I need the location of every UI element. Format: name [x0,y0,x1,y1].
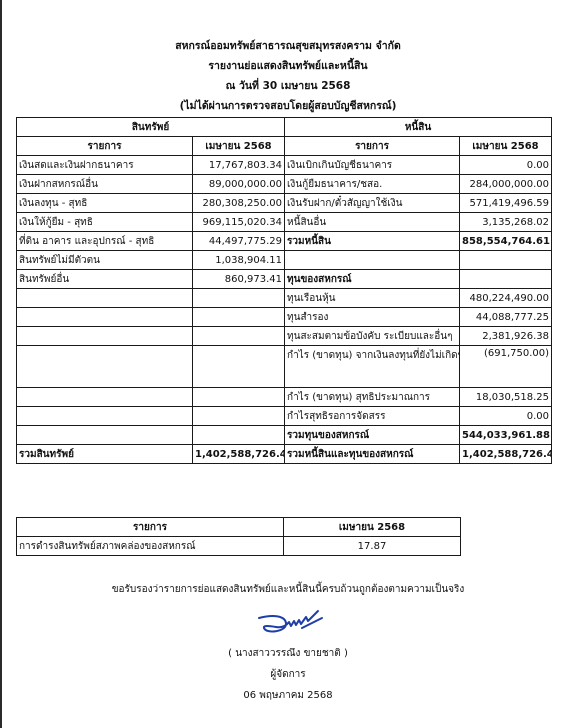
liability-label: ทุนเรือนหุ้น [285,289,460,308]
liability-label: ทุนสะสมตามข้อบังคับ ระเบียบและอื่นๆ [285,327,460,346]
totals-row: รวมสินทรัพย์ 1,402,588,726.49 รวมหนี้สิน… [17,445,552,464]
asset-label [17,426,193,445]
liability-value: (691,750.00) [460,346,552,388]
asset-value: 280,308,250.00 [193,194,285,213]
liquidity-ratio-table: รายการ เมษายน 2568 การดำรงสินทรัพย์สภาพค… [16,517,461,556]
liability-value [460,270,552,289]
assets-period-header: เมษายน 2568 [193,137,285,156]
signature-icon [256,608,326,638]
liability-value: 18,030,518.25 [460,388,552,407]
asset-value: 44,497,775.29 [193,232,285,251]
table-row: กำไรสุทธิรอการจัดสรร0.00 [17,407,552,426]
report-header: สหกรณ์ออมทรัพย์สาธารณสุขสมุทรสงคราม จำกั… [0,36,576,116]
table-row: เงินสดและเงินฝากธนาคาร17,767,803.34เงินเ… [17,156,552,175]
table-row: การดำรงสินทรัพย์สภาพคล่องของสหกรณ์ 17.87 [17,537,461,556]
asset-label: เงินให้กู้ยืม - สุทธิ [17,213,193,232]
signed-date: 06 พฤษภาคม 2568 [0,685,576,706]
ratio-label: การดำรงสินทรัพย์สภาพคล่องของสหกรณ์ [17,537,284,556]
asset-label: ที่ดิน อาคาร และอุปกรณ์ - สุทธิ [17,232,193,251]
table-row: กำไร (ขาดทุน) สุทธิประมาณการ18,030,518.2… [17,388,552,407]
table-row: ทุนสะสมตามข้อบังคับ ระเบียบและอื่นๆ2,381… [17,327,552,346]
asset-value [193,289,285,308]
liability-label [285,251,460,270]
assets-heading: สินทรัพย์ [17,118,285,137]
liability-label: กำไร (ขาดทุน) สุทธิประมาณการ [285,388,460,407]
total-liab-equity-label: รวมหนี้สินและทุนของสหกรณ์ [285,445,460,464]
liability-label: ทุนสำรอง [285,308,460,327]
asset-label [17,388,193,407]
asset-label [17,308,193,327]
asset-label: เงินลงทุน - สุทธิ [17,194,193,213]
liability-value [460,251,552,270]
liability-value: 284,000,000.00 [460,175,552,194]
liabilities-period-header: เมษายน 2568 [460,137,552,156]
asset-label: เงินฝากสหกรณ์อื่น [17,175,193,194]
asset-value [193,327,285,346]
table-row: ที่ดิน อาคาร และอุปกรณ์ - สุทธิ44,497,77… [17,232,552,251]
table-row: ทุนสำรอง44,088,777.25 [17,308,552,327]
organization-name: สหกรณ์ออมทรัพย์สาธารณสุขสมุทรสงคราม จำกั… [0,36,576,56]
liability-value: 480,224,490.00 [460,289,552,308]
total-assets-value: 1,402,588,726.49 [193,445,285,464]
asset-value: 17,767,803.34 [193,156,285,175]
asset-value: 860,973.41 [193,270,285,289]
asset-value [193,346,285,388]
certification-statement: ขอรับรองว่ารายการย่อแสดงสินทรัพย์และหนี้… [0,582,576,597]
liability-value: 2,381,926.38 [460,327,552,346]
asset-value [193,426,285,445]
asset-label [17,346,193,388]
liability-label: เงินรับฝาก/ตั๋วสัญญาใช้เงิน [285,194,460,213]
asset-value [193,388,285,407]
asset-value: 89,000,000.00 [193,175,285,194]
liability-label: รวมหนี้สิน [285,232,460,251]
liability-label: เงินเบิกเกินบัญชีธนาคาร [285,156,460,175]
table-row: สินทรัพย์อื่น860,973.41ทุนของสหกรณ์ [17,270,552,289]
ratio-period-header: เมษายน 2568 [284,518,461,537]
liability-label: กำไรสุทธิรอการจัดสรร [285,407,460,426]
liability-label: กำไร (ขาดทุน) จากเงินลงทุนที่ยังไม่เกิดข… [285,346,460,388]
audit-note: (ไม่ได้ผ่านการตรวจสอบโดยผู้สอบบัญชีสหกรณ… [0,96,576,116]
balance-sheet-table: สินทรัพย์ หนี้สิน รายการ เมษายน 2568 ราย… [16,117,552,464]
liability-label: รวมทุนของสหกรณ์ [285,426,460,445]
liabilities-heading: หนี้สิน [285,118,552,137]
table-row: เงินลงทุน - สุทธิ280,308,250.00เงินรับฝา… [17,194,552,213]
liability-value: 0.00 [460,156,552,175]
ratio-value: 17.87 [284,537,461,556]
table-row: สินทรัพย์ไม่มีตัวตน1,038,904.11 [17,251,552,270]
signer-name: ( นางสาววรรณึง ขายชาติ ) [0,643,576,664]
liability-label: ทุนของสหกรณ์ [285,270,460,289]
table-row: กำไร (ขาดทุน) จากเงินลงทุนที่ยังไม่เกิดข… [17,346,552,388]
asset-label [17,407,193,426]
signer-block: ( นางสาววรรณึง ขายชาติ ) ผู้จัดการ 06 พฤ… [0,643,576,706]
report-title: รายงานย่อแสดงสินทรัพย์และหนี้สิน [0,56,576,76]
liability-value: 571,419,496.59 [460,194,552,213]
liability-value: 3,135,268.02 [460,213,552,232]
report-date: ณ วันที่ 30 เมษายน 2568 [0,76,576,96]
ratio-item-header: รายการ [17,518,284,537]
total-liab-equity-value: 1,402,588,726.49 [460,445,552,464]
asset-label [17,327,193,346]
asset-label [17,289,193,308]
asset-value [193,407,285,426]
asset-value [193,308,285,327]
asset-label: เงินสดและเงินฝากธนาคาร [17,156,193,175]
signer-title: ผู้จัดการ [0,664,576,685]
table-row: เงินฝากสหกรณ์อื่น89,000,000.00เงินกู้ยืม… [17,175,552,194]
liability-value: 44,088,777.25 [460,308,552,327]
table-row: ทุนเรือนหุ้น480,224,490.00 [17,289,552,308]
table-row: รวมทุนของสหกรณ์544,033,961.88 [17,426,552,445]
assets-item-header: รายการ [17,137,193,156]
liability-value: 0.00 [460,407,552,426]
liability-label: เงินกู้ยืมธนาคาร/ชสอ. [285,175,460,194]
asset-label: สินทรัพย์อื่น [17,270,193,289]
liability-value: 858,554,764.61 [460,232,552,251]
liability-label: หนี้สินอื่น [285,213,460,232]
asset-label: สินทรัพย์ไม่มีตัวตน [17,251,193,270]
asset-value: 1,038,904.11 [193,251,285,270]
asset-value: 969,115,020.34 [193,213,285,232]
table-row: เงินให้กู้ยืม - สุทธิ969,115,020.34หนี้ส… [17,213,552,232]
liabilities-item-header: รายการ [285,137,460,156]
total-assets-label: รวมสินทรัพย์ [17,445,193,464]
liability-value: 544,033,961.88 [460,426,552,445]
